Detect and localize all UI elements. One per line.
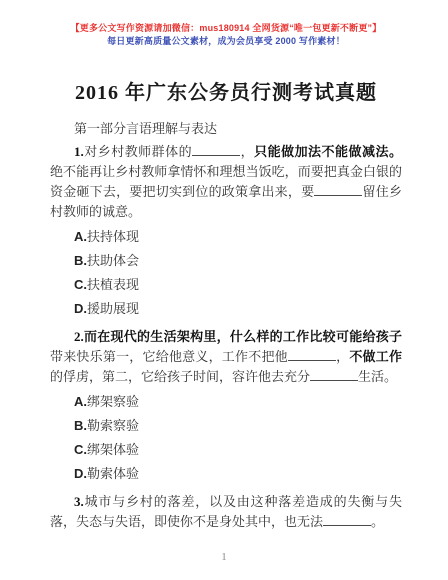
section-heading: 第一部分言语理解与表达	[50, 118, 402, 140]
option-letter: D.	[74, 301, 87, 316]
answer-blank	[310, 368, 358, 381]
stem-text: 生活。	[358, 369, 397, 384]
options-list: A.扶持体现B.扶助体会C.扶植表现D.援助展现	[50, 227, 402, 319]
option: A.绑架察验	[50, 392, 402, 412]
question-stem: 1.对乡村教师群体的，只能做加法不能做减法。绝不能再让乡村教师拿情怀和理想当饭吃…	[50, 142, 402, 222]
option: D.勒索体验	[50, 464, 402, 484]
promo-line-1: 【更多公文写作资源请加微信：mus180914 全网货源“唯一包更新不断更”】	[50, 22, 402, 35]
option: B.勒索察验	[50, 416, 402, 436]
option-text: 勒索体验	[87, 466, 139, 481]
answer-blank	[314, 183, 362, 196]
answer-blank	[192, 143, 240, 156]
option-letter: C.	[74, 442, 87, 457]
questions-list: 1.对乡村教师群体的，只能做加法不能做减法。绝不能再让乡村教师拿情怀和理想当饭吃…	[50, 142, 402, 532]
option: A.扶持体现	[50, 227, 402, 247]
exam-document-page: 【更多公文写作资源请加微信：mus180914 全网货源“唯一包更新不断更”】 …	[0, 0, 448, 580]
option: C.扶植表现	[50, 275, 402, 295]
question: 3.城市与乡村的落差，以及由这种落差造成的失衡与失落，失态与失语，即使你不是身处…	[50, 492, 402, 532]
option-letter: A.	[74, 394, 87, 409]
question-stem: 3.城市与乡村的落差，以及由这种落差造成的失衡与失落，失态与失语，即使你不是身处…	[50, 492, 402, 532]
option-text: 扶植表现	[87, 277, 139, 292]
question: 1.对乡村教师群体的，只能做加法不能做减法。绝不能再让乡村教师拿情怀和理想当饭吃…	[50, 142, 402, 319]
option-text: 援助展现	[87, 301, 139, 316]
stem-text: 不做工作	[349, 349, 402, 364]
stem-text: ，	[336, 349, 349, 364]
answer-blank	[288, 348, 336, 361]
question: 2.而在现代的生活架构里，什么样的工作比较可能给孩子带来快乐第一，它给他意义，工…	[50, 327, 402, 484]
option: C.绑架体验	[50, 440, 402, 460]
stem-text: ，	[240, 144, 254, 159]
document-title: 2016 年广东公务员行测考试真题	[50, 78, 402, 108]
option-letter: B.	[74, 253, 87, 268]
option-letter: B.	[74, 418, 87, 433]
stem-text: 的俘虏，第二，它给孩子时间，容许他去充分	[50, 369, 310, 384]
option-letter: A.	[74, 229, 87, 244]
stem-text: 带来快乐第一，它给他意义，工作不把他	[50, 349, 288, 364]
stem-text: 3.	[74, 494, 84, 509]
option-text: 勒索察验	[87, 418, 139, 433]
option-text: 绑架察验	[87, 394, 139, 409]
option: D.援助展现	[50, 299, 402, 319]
page-number: 1	[0, 550, 448, 564]
stem-text: 只能做加法不能做减法。	[254, 144, 402, 159]
options-list: A.绑架察验B.勒索察验C.绑架体验D.勒索体验	[50, 392, 402, 484]
stem-text: 1.	[74, 144, 84, 159]
question-stem: 2.而在现代的生活架构里，什么样的工作比较可能给孩子带来快乐第一，它给他意义，工…	[50, 327, 402, 387]
option-letter: C.	[74, 277, 87, 292]
option-text: 绑架体验	[87, 442, 139, 457]
option-letter: D.	[74, 466, 87, 481]
promo-header: 【更多公文写作资源请加微信：mus180914 全网货源“唯一包更新不断更”】 …	[50, 22, 402, 48]
option-text: 扶持体现	[87, 229, 139, 244]
answer-blank	[323, 513, 371, 526]
stem-text: 2.而在现代的生活架构里，什么样的工作比较可能给孩子	[74, 329, 402, 344]
option-text: 扶助体会	[87, 253, 139, 268]
promo-line-2: 每日更新高质量公文素材，成为会员享受 2000 写作素材！	[50, 35, 402, 48]
stem-text: 对乡村教师群体的	[84, 144, 192, 159]
stem-text: 。	[371, 514, 384, 529]
option: B.扶助体会	[50, 251, 402, 271]
